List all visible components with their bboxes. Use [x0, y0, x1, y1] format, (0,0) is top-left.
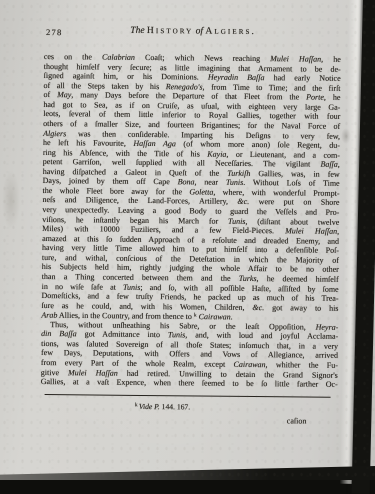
text-segment: , (diſtant about twelve [245, 217, 339, 227]
text-segment: Tunis [123, 282, 140, 291]
text-segment: Algiers [43, 128, 66, 137]
text-segment: , [337, 227, 339, 236]
text-line: Gallies, at a vaſt Expence, when there ſ… [41, 377, 338, 389]
page-content: 278 The History of Algiers. ces on the C… [0, 0, 375, 480]
running-title: The History of Algiers. [44, 25, 340, 38]
text-segment: , he [321, 55, 341, 64]
text-segment: &c. [252, 303, 264, 312]
text-segment: The [130, 26, 147, 36]
text-segment: , he [324, 93, 341, 102]
page-number: 278 [46, 27, 62, 37]
footnote-rule [45, 394, 331, 398]
text-segment: , [338, 160, 340, 169]
text-segment: , whither the Fu- [266, 360, 338, 370]
text-segment: Coaſt; which News reaching [135, 53, 270, 63]
text-segment: , or Lieutenant, and a com- [226, 149, 340, 159]
text-segment: Tunis [226, 178, 243, 187]
page-header: 278 The History of Algiers. [44, 25, 340, 41]
catchword: caſion [40, 413, 336, 425]
body-text: ces on the Calabrian Coaſt; which News r… [41, 52, 341, 390]
text-segment: Vide P. [139, 402, 160, 411]
text-segment: , he deemed himſelf [257, 274, 339, 284]
text-segment: of [193, 26, 205, 36]
text-segment: Tunis [168, 331, 185, 340]
text-segment: . Without Loſs of Time [243, 178, 339, 188]
text-segment: got Admittance into [77, 330, 168, 340]
text-segment: . [231, 313, 233, 322]
text-segment: of [43, 90, 57, 99]
text-segment: Mulei Haſſan [68, 368, 118, 377]
text-segment: Turks [239, 274, 257, 283]
text-segment: Calabrian [102, 53, 135, 62]
text-segment: Heyra- [316, 322, 339, 331]
text-segment: History [147, 26, 193, 36]
text-segment: Days, joined by them off Cape [43, 176, 178, 186]
text-segment: May [57, 90, 71, 99]
text-segment: had early Notice [264, 73, 340, 83]
text-segment: 144. 167. [160, 402, 190, 411]
text-segment: din Baſſa [41, 329, 77, 338]
text-segment: , near [194, 178, 225, 187]
text-segment: he left his Favourite, [43, 138, 133, 148]
text-segment: Cairawan [199, 312, 231, 321]
text-segment: . [251, 27, 253, 37]
text-segment: Arab [41, 311, 57, 320]
text-segment: ces on the [44, 52, 102, 62]
text-segment: Algiers [205, 27, 251, 37]
text-segment: Turkiſh [227, 169, 250, 178]
text-segment: Goletta [189, 187, 213, 196]
text-segment: were put on Shore [249, 197, 339, 207]
text-segment: Heyradin Baſſa [208, 73, 265, 83]
text-segment: Mulei Haſſan [270, 54, 321, 63]
text-segment: Gallies, was, in few [250, 169, 339, 179]
text-segment: in no wiſe ſafe at [42, 281, 123, 291]
text-segment: Gallies, at a vaſt Expence, when there ſ… [41, 377, 338, 389]
text-segment: Haſſan Aga [133, 139, 176, 148]
text-segment: got away to his [264, 303, 338, 313]
text-segment: of all the Steps taken by his [44, 81, 166, 91]
text-segment: Bona [178, 178, 195, 187]
text-segment: Cairawan [234, 360, 266, 369]
text-segment: Renegado's [166, 82, 203, 91]
scanned-page: 278 The History of Algiers. ces on the C… [0, 0, 375, 480]
text-segment: &c. [237, 197, 249, 206]
text-segment: Kayia [207, 149, 226, 158]
text-segment: Baſſa [320, 160, 337, 169]
text-segment: Tunis [228, 216, 245, 225]
text-segment: Porte [306, 93, 324, 102]
text-segment: gitive [41, 368, 68, 377]
footnote: k Vide P. 144. 167. [14, 401, 310, 413]
text-segment: , where, with wonderful Prompt- [213, 188, 339, 198]
text-segment: Mulei Haſſan [285, 226, 337, 235]
